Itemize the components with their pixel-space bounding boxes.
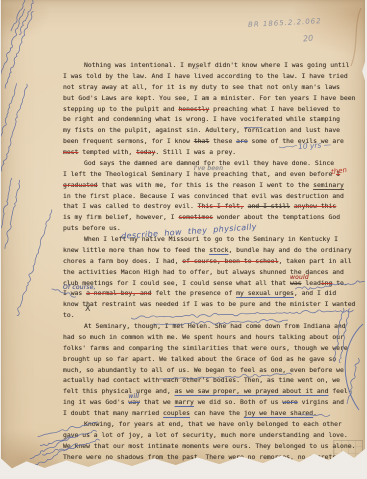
typescript: Nothing was intentional. I myself didn't… <box>63 60 363 462</box>
illegible-marginalia-left-4 <box>11 208 57 318</box>
document-scan: BR 1865.2.2.062 20 Nothing was intention… <box>0 0 367 479</box>
typed-line: the activities Macon High had to offer, … <box>63 267 363 278</box>
illegible-scribble-before-ten-yrs <box>279 143 297 151</box>
typed-line: felt this physical urge and, as we saw p… <box>63 386 363 397</box>
typed-line: Nothing was intentional. I myself didn't… <box>63 60 363 71</box>
typed-line: knew little more than how to feed the st… <box>63 245 363 256</box>
illegible-marginalia-left-1 <box>0 5 38 90</box>
x-mark: X <box>85 304 90 313</box>
typed-line: Knowing, for years at end, that we have … <box>63 419 363 430</box>
typed-line: We knew that our most intimate moments w… <box>63 441 363 452</box>
illegible-marginalia-left-3 <box>0 174 24 250</box>
typed-line: I left the Theological Seminary I I've b… <box>63 169 363 180</box>
typed-line: When I left my native Missouri to go to … <box>63 234 363 245</box>
typed-line: graduated that was with me, for this is … <box>63 180 363 191</box>
illegible-marginalia-left-2 <box>0 79 32 173</box>
typed-line: I was told by the law. And I have ^lived… <box>63 71 363 82</box>
typed-line: not stray away at all, for it is my duty… <box>63 82 363 93</box>
typed-line: that I was called to destroy evil. This … <box>63 201 363 212</box>
typed-line: brought up so far apart. We talked about… <box>63 354 363 365</box>
typed-line: in the first place. Because I was convin… <box>63 191 363 202</box>
archive-grid-stamp <box>333 440 363 476</box>
typed-line: but God's Laws are kept. You see, I am a… <box>63 93 363 104</box>
typed-line: ing it was God's willway that we marry w… <box>63 397 363 408</box>
typed-line: stepping up to the pulpit and honestly p… <box>63 104 363 115</box>
typed-line: be right and condemning what is wrong. I… <box>63 114 363 125</box>
illegible-scribble-above-are <box>244 124 266 131</box>
typed-line: my fists on the pulpit, against sin. Adu… <box>63 125 363 136</box>
paper-crease <box>345 8 367 68</box>
typed-line: chores a farm boy does. I had, of course… <box>63 256 363 267</box>
typed-line: gave us a lot of joy, a lot of security,… <box>63 430 363 441</box>
margin-bracket-stroke <box>339 322 367 414</box>
typed-line: folks' farms and comparing the similarit… <box>63 343 363 354</box>
typed-line: There were no shadows from the past. The… <box>63 452 363 463</box>
page-number: 20 <box>303 33 314 43</box>
typed-line: had so much in common with me. We spent … <box>63 332 363 343</box>
manuscript-page: BR 1865.2.2.062 20 Nothing was intention… <box>1 0 365 475</box>
archive-code: BR 1865.2.2.062 <box>248 17 322 29</box>
typed-line: is my firm belief, however, I sometimes … <box>63 212 363 223</box>
illegible-after-shared <box>301 411 331 419</box>
